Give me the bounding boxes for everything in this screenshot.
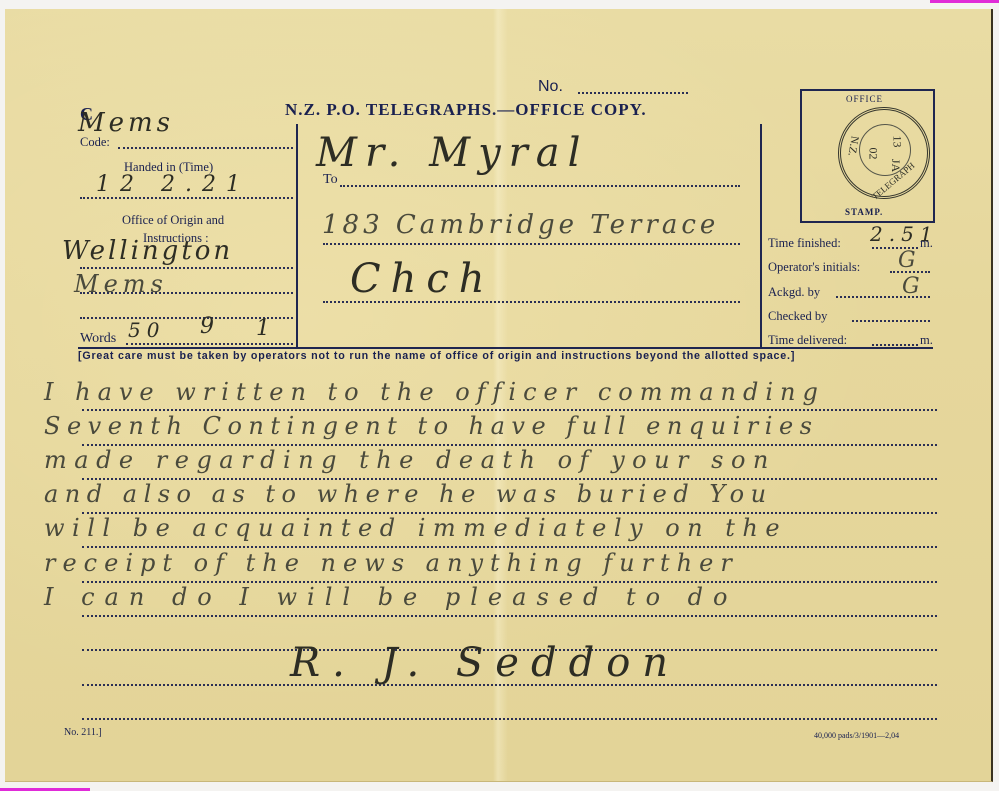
handwritten-time-finished: 2.51 <box>870 222 939 246</box>
handwritten-words-3: 1 <box>256 316 276 341</box>
ackgd-by-label: Ackgd. by <box>768 285 820 300</box>
message-line-10 <box>82 718 937 720</box>
print-run-info: 40,000 pads/3/1901—2,04 <box>814 731 899 740</box>
form-title: N.Z. P.O. TELEGRAPHS.—OFFICE COPY. <box>285 100 647 120</box>
time-delivered-suffix: m. <box>920 333 933 348</box>
time-delivered-line <box>872 344 918 346</box>
message-text-2: Seventh Contingent to have full enquirie… <box>44 412 818 440</box>
form-number-line <box>578 92 688 94</box>
message-text-3: made regarding the death of your son <box>44 446 776 474</box>
form-number-label: No. <box>538 78 563 96</box>
message-text-6: receipt of the news anything further <box>44 549 739 577</box>
office-origin-label-1: Office of Origin and <box>122 213 224 228</box>
handwritten-address-2: Chch <box>350 256 495 302</box>
handwritten-words-1: 50 <box>128 318 165 342</box>
checked-by-line <box>852 320 930 322</box>
stamp-office-label: OFFICE <box>846 94 883 104</box>
handwritten-operator-initials: G <box>898 248 922 273</box>
message-text-7: I can do I will be pleased to do <box>44 583 738 611</box>
stamp-stamp-label: STAMP. <box>845 207 883 217</box>
message-text-1: I have written to the officer commanding <box>44 378 825 406</box>
message-text-4: and also as to where he was buried You <box>44 480 773 508</box>
handed-in-line <box>80 197 293 199</box>
signature: R. J. Seddon <box>290 640 680 686</box>
postmark-day: 13 <box>890 136 905 148</box>
time-delivered-label: Time delivered: <box>768 333 847 348</box>
checked-by-label: Checked by <box>768 309 827 324</box>
scan-edge-top <box>930 0 999 3</box>
handwritten-recipient: Mr. Myral <box>316 130 588 176</box>
operator-notice: [Great care must be taken by operators n… <box>78 350 938 362</box>
divider-left <box>296 124 298 348</box>
words-label: Words <box>80 331 116 347</box>
to-line-2 <box>323 243 740 245</box>
message-text-5: will be acquainted immediately on the <box>44 514 787 542</box>
form-code-number: No. 211.] <box>64 727 102 738</box>
postmark-year: 02 <box>866 148 881 160</box>
to-line-1 <box>340 185 740 187</box>
handwritten-ackgd-by: G <box>902 274 926 299</box>
handwritten-address-1: 183 Cambridge Terrace <box>322 210 719 240</box>
time-finished-label: Time finished: <box>768 236 841 251</box>
handwritten-origin-1: Wellington <box>62 236 233 266</box>
code-line <box>118 147 293 149</box>
handwritten-words-2: 9 <box>200 314 220 339</box>
postmark-stamp: 13 JA 02 N.Z. TELEGRAPH <box>838 107 930 199</box>
office-origin-line-1 <box>80 267 293 269</box>
divider-right <box>760 124 762 348</box>
message-line-7 <box>82 615 937 617</box>
words-line <box>126 343 293 345</box>
message-line-5 <box>82 546 937 548</box>
handwritten-code: Mems <box>78 108 174 138</box>
message-line-1 <box>82 409 937 411</box>
operators-initials-label: Operator's initials: <box>768 260 860 275</box>
handwritten-handed-in-time: 12 2.21 <box>96 172 250 197</box>
handwritten-origin-2: Mems <box>74 270 168 298</box>
